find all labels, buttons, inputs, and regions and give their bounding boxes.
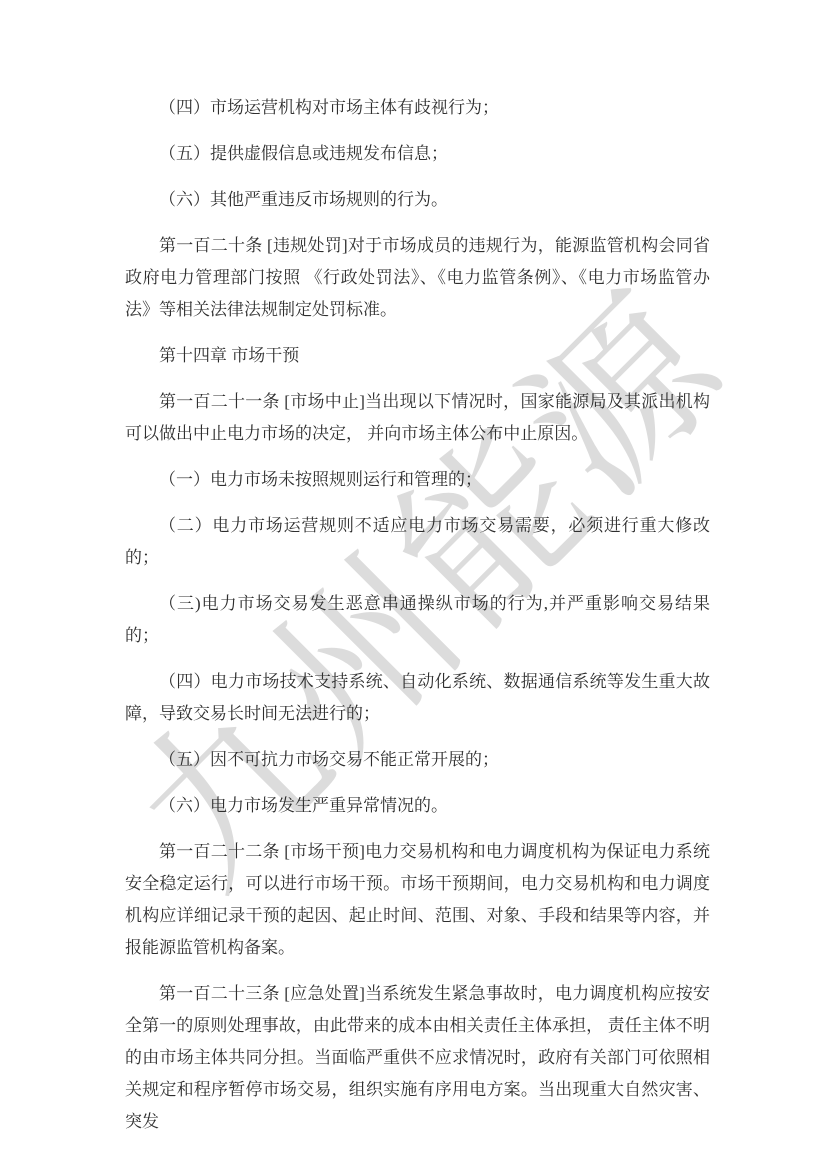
suspension-item-3: （三)电力市场交易发生恶意串通操纵市场的行为,并严重影响交易结果的； [125, 588, 710, 652]
chapter-14-heading: 第十四章 市场干预 [125, 340, 710, 372]
document-page: 九州能源 （四）市场运营机构对市场主体有歧视行为； （五）提供虚假信息或违规发布… [0, 0, 826, 1169]
suspension-item-5: （五）因不可抗力市场交易不能正常开展的； [125, 744, 710, 776]
suspension-item-4: （四）电力市场技术支持系统、自动化系统、数据通信系统等发生重大故障，导致交易长时… [125, 666, 710, 730]
document-body: （四）市场运营机构对市场主体有歧视行为； （五）提供虚假信息或违规发布信息； （… [125, 92, 710, 1152]
suspension-item-2: （二）电力市场运营规则不适应电力市场交易需要，必须进行重大修改的； [125, 510, 710, 574]
violation-item-4: （四）市场运营机构对市场主体有歧视行为； [125, 92, 710, 124]
article-122-paragraph: 第一百二十二条 [市场干预]电力交易机构和电力调度机构为保证电力系统安全稳定运行… [125, 836, 710, 964]
violation-item-5: （五）提供虚假信息或违规发布信息； [125, 138, 710, 170]
suspension-item-6: （六）电力市场发生严重异常情况的。 [125, 790, 710, 822]
article-120-paragraph: 第一百二十条 [违规处罚]对于市场成员的违规行为，能源监管机构会同省政府电力管理… [125, 230, 710, 326]
article-123-paragraph: 第一百二十三条 [应急处置]当系统发生紧急事故时，电力调度机构应按安全第一的原则… [125, 978, 710, 1138]
violation-item-6: （六）其他严重违反市场规则的行为。 [125, 184, 710, 216]
article-121-paragraph: 第一百二十一条 [市场中止]当出现以下情况时，国家能源局及其派出机构可以做出中止… [125, 386, 710, 450]
suspension-item-1: （一）电力市场未按照规则运行和管理的； [125, 464, 710, 496]
